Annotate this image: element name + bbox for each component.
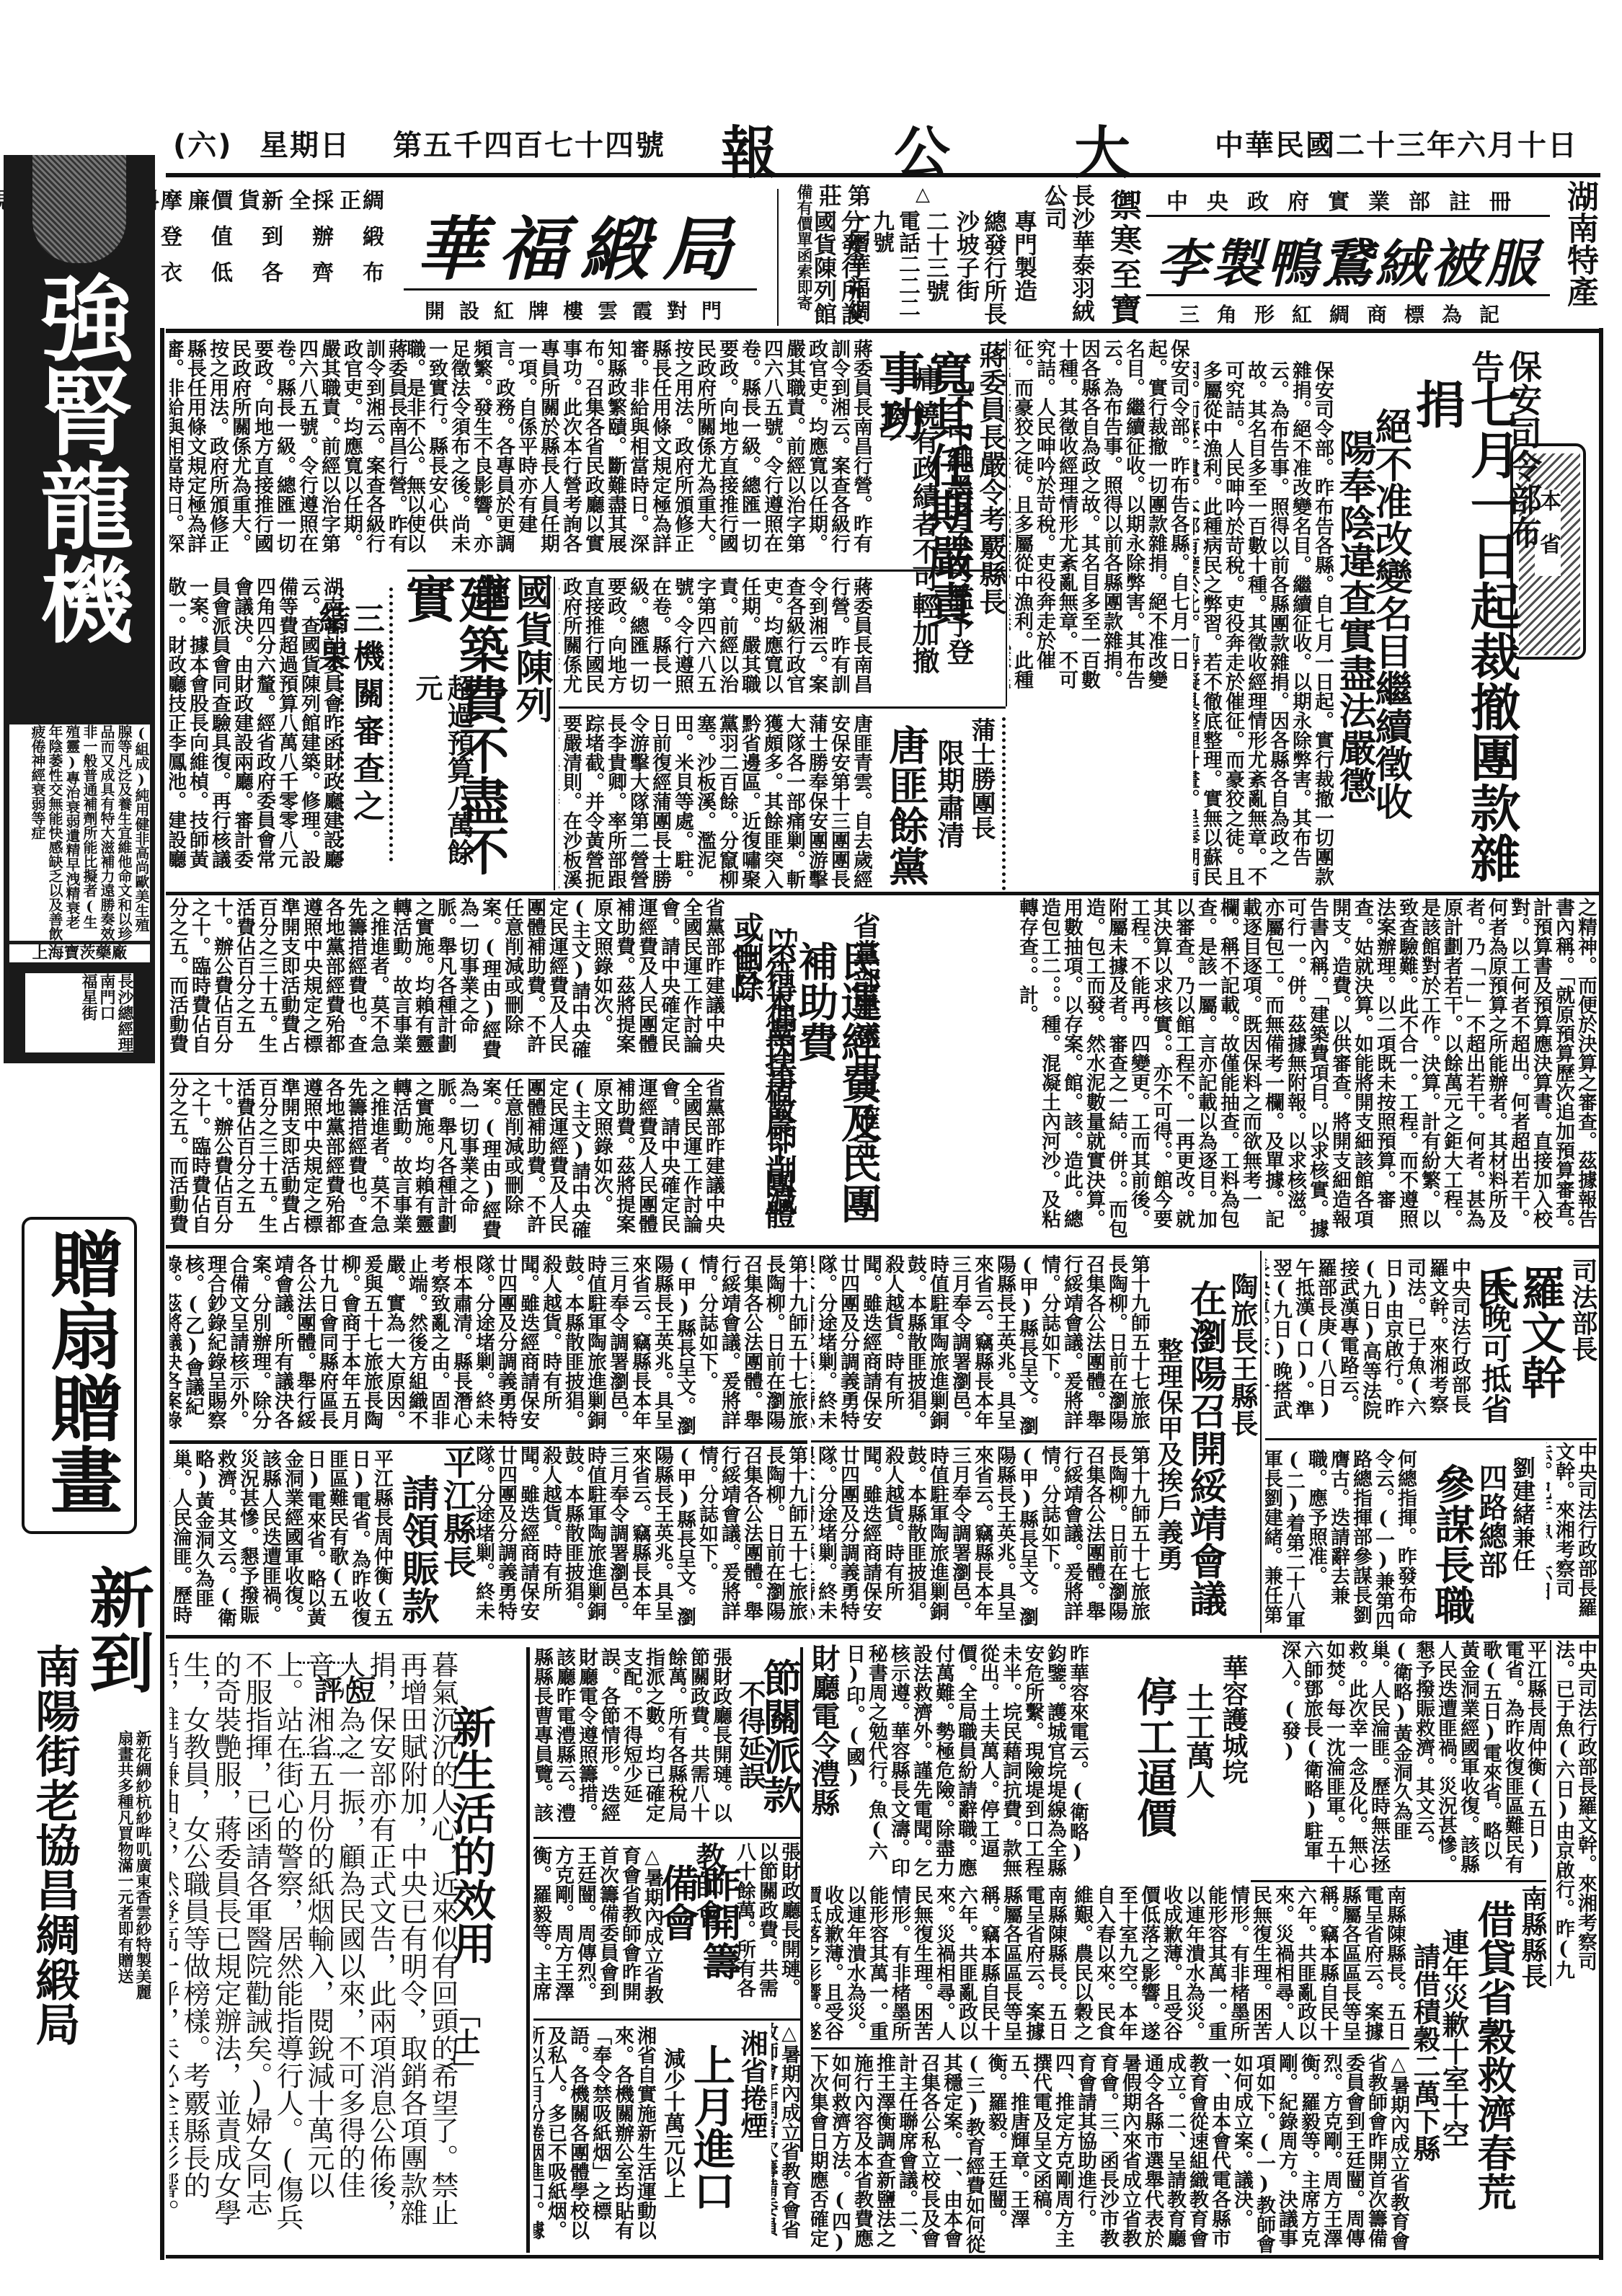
section-rule bbox=[811, 1440, 1150, 1442]
article-headline: 唐匪餘黨 bbox=[883, 724, 928, 890]
article-headline: 借貸省穀救濟春荒 bbox=[1473, 1900, 1515, 2217]
ad-huafu: 華福緞局 開設紅牌樓雲霞對門 bbox=[389, 187, 771, 328]
row-rule bbox=[166, 1245, 1600, 1249]
article-tao: 陶旅長王縣長 在瀏陽召開綏靖會議 整理保甲及挨戶義勇 bbox=[1153, 1251, 1258, 1633]
ad-huatai-line: 總發行所長沙坡子街 bbox=[953, 184, 1008, 328]
article-body: 張財政廳長開璉。以節關政費。共需八十餘萬。所有各縣稅局指派之數。均已確定支配。不… bbox=[735, 1842, 800, 2015]
article-subheadline: 限期肅清 bbox=[934, 739, 964, 883]
ad-hunan-rule-bottom bbox=[1146, 294, 1550, 296]
ad-left-dealer: 長沙總經理 bbox=[115, 973, 133, 1052]
column-rule bbox=[1260, 1251, 1262, 1633]
ad-hunan-slogan: 禦寒至寶 bbox=[1103, 189, 1142, 329]
article-subheadline: 四路總部 bbox=[1475, 1463, 1507, 1608]
ad-hunan-side-title: 湖南特產 bbox=[1559, 180, 1600, 324]
article-nanxian-body: 南縣陳縣長。五日電呈省府云。案據縣屬各區區長等呈稱。竊本縣自民十六年。共匪亂政以… bbox=[1071, 1885, 1406, 2044]
masthead-weekday: 星期日 bbox=[260, 123, 350, 164]
page-left-border bbox=[160, 328, 164, 2260]
section-rule bbox=[1265, 1438, 1597, 1440]
ad-huatai-line: 專門製造 bbox=[1011, 184, 1038, 328]
section-rule bbox=[811, 2047, 1409, 2049]
section-rule bbox=[169, 1440, 807, 1444]
article-pingjiang: 平江縣長 請領賑款 bbox=[396, 1445, 476, 1633]
article-chiang-body-left: 蔣委員長南昌行營。昨有訓令到湘云。案查各級行政官吏。均應寬以任期。嚴其職責。前經… bbox=[169, 339, 407, 569]
ad-divider bbox=[777, 189, 779, 326]
article-kicker: 陶旅長王縣長 bbox=[1226, 1272, 1258, 1546]
column-rule bbox=[526, 1647, 530, 2253]
ad-huafu-slogan: 價值低廉 bbox=[185, 189, 231, 326]
section-rule bbox=[169, 1073, 724, 1075]
article-body: 中央司法行政部長羅文幹。來湘考察司法。已于魚(六日)由京啟行。昨(九日)高等法院… bbox=[1265, 1258, 1471, 1431]
article-budget-tail: 中央司法行政部長羅文幹。來湘考察司法。已于魚(六日)由京啟行。昨(九日)高等法院… bbox=[1554, 1640, 1597, 1986]
ad-left-new-arrivals: 新到 新花綢紗杭紗哔叽廣東香雲紗特製美麗扇畫共多種凡買物滿一元者即有贈送 南陽街… bbox=[14, 1543, 159, 2242]
ad-hunan-specialty: 湖南特產 中央政府實業部註冊 李製鴨鵞絨被服 三角形紅綢商標為記 bbox=[1146, 180, 1600, 328]
article-subheadline: 不得延誤 bbox=[735, 1680, 764, 1809]
article-minyun-body-2: 省黨部昨建議中央全國民運工作討論會。請中央確定民運經費及人民團體補助費。茲將提案… bbox=[169, 1078, 724, 1244]
ad-hunan-main-text: 李製鴨鵞絨被服 bbox=[1146, 222, 1550, 297]
ad-huafu-slogans: 綢緞布正 採辦齊全 新到各貨 價值低廉 摩登衣料 花色新鮮 款迎惠顧 并參盼觀 bbox=[166, 189, 382, 326]
article-sanjiguan-body-main: 湖南審計委員會昨函財政廳建設廳云。查國貨陳列館建築。修理。設備等費超過預算八萬八… bbox=[169, 577, 342, 887]
article-subheadline: 土工萬人 bbox=[1182, 1683, 1214, 1842]
article-subheadline: 以符本黨扶植農工團體之旨」 bbox=[728, 926, 794, 1244]
article-subheadline: 陽奉陰違查實盡法嚴懲 bbox=[1334, 429, 1374, 861]
ad-left-dealers: 長沙總經理 南門口 福星街 bbox=[25, 973, 133, 1052]
row-rule bbox=[166, 892, 1600, 895]
article-jiaoshi-body: △暑期內成立省教育會省教師會昨開首次籌備委員會到王廷闓。周傳烈。方克剛。周方王澤… bbox=[811, 2053, 1409, 2255]
article-kicker: 劉建緒兼任 bbox=[1510, 1456, 1535, 1622]
ad-left-fan-painting: 贈扇贈畫 bbox=[22, 1217, 137, 1534]
article-kicker: 華容護城垸 bbox=[1218, 1654, 1247, 1842]
article-headline: 七月一日起裁撤團款雜捐 bbox=[1409, 378, 1519, 883]
ad-left-copy: (組成)純用健非高尚歐美生殖腺等凡泛及養生宜維他命文和以珍品而又成具有特大滋補力… bbox=[9, 724, 150, 941]
masthead-rule bbox=[166, 173, 1600, 177]
article-headline: 民運經費及民團補助費 bbox=[793, 941, 879, 1244]
article-tao-body: 第十九師五十七旅旅長陶柳。日前在瀏陽召集各公法團體。舉行綏靖會議。爰將詳情。分誌… bbox=[811, 1254, 1150, 1438]
article-headline: 請領賑款 bbox=[396, 1474, 437, 1633]
ad-huafu-rule bbox=[404, 288, 757, 291]
article-subheadline: 本晚可抵省 bbox=[1477, 1272, 1512, 1431]
page-right-border bbox=[1599, 328, 1603, 2260]
ad-left-new-copy: 新花綢紗杭紗哔叽廣東香雲紗特製美麗扇畫共多種凡買物滿一元者即有贈送 bbox=[83, 1730, 151, 2004]
article-duanping: 短評 新生活的效用 「土」 暮氣沉沉的人心，近來似有回頭的希望了。禁止再增田賦附… bbox=[169, 1640, 523, 2253]
article-subheadline: 連年災歉十室十空 bbox=[1438, 1928, 1468, 2217]
ad-huafu-side-line: 備有價單函索即寄 bbox=[793, 184, 813, 328]
article-subheadline: 請借積穀二萬下縣 bbox=[1409, 1943, 1440, 2217]
article-body: 保安司令部。昨布告各縣。自七月一日起。實行裁撤一切團款雜捐。絕不准改變名目。繼續… bbox=[1193, 360, 1334, 887]
article-tao-body-2: 第十九師五十七旅旅長陶柳。日前在瀏陽召集各公法團體。舉行綏靖會議。爰將詳情。分誌… bbox=[811, 1445, 1150, 1633]
ad-huafu-slogan: 新到各貨 bbox=[235, 189, 281, 326]
article-body: 何總指揮。昨發布命令云。(一)兼第四路總指揮部參謀長劉膺古。迭請辭去兼職。應予照… bbox=[1265, 1449, 1417, 1633]
article-baoan-continued: 保安司令部。昨布告各縣。自七月一日起。實行裁撤一切團款雜捐。絕不准改變名目。繼續… bbox=[1009, 339, 1189, 699]
article-headline: 在瀏陽召開綏靖會議 bbox=[1184, 1280, 1225, 1626]
ad-huatai-line: 電話二二二九號 bbox=[868, 184, 920, 328]
portrait-image bbox=[32, 155, 126, 263]
masthead-issue-number: 第五千四百七十四號 bbox=[393, 123, 665, 164]
masthead-date: 中華民國二十三年六月十日 bbox=[1215, 123, 1578, 164]
article-minyun: 省黨部建議中央確定 民運經費及民團補助費 bbox=[793, 897, 879, 1244]
article-pingjiang-body: 平江縣長周仲衡(五日)電省。為昨收復匪區難民有歌(五日)電來省。略以黃金洞業經國… bbox=[169, 1449, 393, 1633]
article-jieguan: 節關派款 不得延誤 bbox=[735, 1644, 800, 1831]
article-minyun-body: 省黨部昨建議中央全國民運工作討論會。請中央確定民運經費及人民團體補助費。茲將提案… bbox=[169, 897, 724, 1071]
article-tang-body: 唐匪青雲。自去歲經安保安第十三團團長蒲士勝奉保安團游擊大隊各一部痛剿。斬獲頗多。… bbox=[559, 714, 872, 890]
article-body: △暑期內成立省教育會省教師會昨開首次籌備委員會到王廷闓。周傳烈。方克剛。周方王澤… bbox=[771, 2022, 800, 2253]
article-chiang-body-2: 蔣委員長南昌行營。昨有訓令到湘云。案查各級行政官吏。均應寬以任期。嚴其職責。前經… bbox=[559, 577, 872, 699]
row-rule bbox=[166, 1635, 1600, 1639]
article-luo: 司法部長 羅文幹氏 本晚可抵省 中央司法行政部長羅文幹。來湘考察司法。已于魚(六… bbox=[1265, 1251, 1597, 1431]
section-rule bbox=[533, 2018, 800, 2021]
article-kicker: 南縣縣長 bbox=[1517, 1885, 1546, 2065]
ad-left-dealer: 福星街 bbox=[79, 973, 97, 1052]
article-subheadline: 整理保甲及挨戶義勇 bbox=[1153, 1337, 1182, 1597]
article-chiang-body: 蔣委員長南昌行營。昨有訓令到湘云。案查各級行政官吏。均應寬以任期。嚴其職責。前經… bbox=[407, 339, 872, 569]
ad-left-shengzhiling: 強腎龍機 (組成)純用健非高尚歐美生殖腺等凡泛及養生宜維他命文和以珍品而又成具有… bbox=[4, 155, 155, 1063]
article-headline: 停工逼價 bbox=[1132, 1676, 1175, 1863]
article-kicker: 湘省捲煙 bbox=[737, 2029, 767, 2159]
article-headline: 昨開籌備會 bbox=[656, 1863, 740, 2015]
article-tang: 蒲士勝團長 限期肅清 唐匪餘黨 bbox=[876, 710, 1006, 890]
article-nanxian: 南縣縣長 借貸省穀救濟春荒 連年災歉十室十空 請借積穀二萬下縣 bbox=[1409, 1885, 1546, 2246]
article-jinkou-body: 湘省自實施新生活運動以來。各機關辦公室均貼有「奉令禁吸紙烟」之標語。各機關各團體… bbox=[533, 2026, 656, 2249]
article-guohuo: 國貨陳列館 建築費不盡不實 超過預算八萬餘元 bbox=[411, 573, 551, 890]
article-subheadline: 超過預算八萬餘元 bbox=[411, 674, 474, 883]
dotted-rule bbox=[389, 588, 393, 861]
masthead: (六) 星期日 第五千四百七十四號 報 公 大 中華民國二十三年六月十日 bbox=[166, 108, 1600, 177]
article-pingjiang-cont: 平江縣長周仲衡(五日)電省。為昨收復匪區難民有歌(五日)電來省。略以黃金洞業經國… bbox=[1251, 1640, 1546, 1874]
article-chiang: 蔣委員長嚴令考覈縣長 寬其任期嚴責事功 「不中繩墨者不可濫予登庸 饒有政績者不可… bbox=[876, 335, 1006, 706]
ad-left-title: 強腎龍機 bbox=[25, 270, 133, 703]
ad-left-dealer: 南門口 bbox=[97, 973, 115, 1052]
section-rule bbox=[407, 569, 1006, 572]
ad-left-new-title: 新到 bbox=[79, 1564, 151, 1723]
article-tao-body-3: 第十九師五十七旅旅長陶柳。日前在瀏陽召集各公法團體。舉行綏靖會議。爰將詳情。分誌… bbox=[169, 1254, 807, 1438]
ad-huafu-side: 第一層華福綢莊 備有價單函索即寄 bbox=[793, 184, 872, 328]
ad-huafu-slogan: 採辦齊全 bbox=[285, 189, 332, 326]
column-rule bbox=[554, 577, 555, 890]
article-headline: 上月進口 bbox=[688, 2044, 733, 2253]
ad-left-fan-title: 贈扇贈畫 bbox=[33, 1227, 127, 1530]
article-budget-body: 之精神。而便於決算之審查。茲據報告書內稱。「就原預算歷次追加預算審查。計預算書及… bbox=[876, 897, 1597, 1244]
article-huarong: 華容護城垸 土工萬人 停工逼價 bbox=[1092, 1640, 1247, 1878]
article-kicker: 蒲士勝團長 bbox=[967, 717, 996, 890]
article-baoan: 本省 保安司令部布告 七月一日起裁撤團款雜捐 絕不准改變名目繼續徵收 陽奉陰違查… bbox=[1193, 335, 1597, 890]
article-nanxian-body-2: 南縣陳縣長。五日電呈省府云。案據縣屬各區區長等呈稱。竊本縣自民十六年。共匪亂政以… bbox=[811, 1885, 1067, 2044]
article-jieguan-body: 張財政廳長開璉。以節關政費。共需八十餘萬。所有各縣稅局指派之數。均已確定支配。不… bbox=[533, 1647, 732, 1831]
article-jinkou-sub: 減少十萬元以上 bbox=[660, 2047, 684, 2220]
article-subheadline: 饒有政績者不可輕加撤換」 bbox=[876, 400, 939, 703]
ad-huatai-line: 長沙華泰羽絨公司 bbox=[1041, 184, 1096, 328]
ad-hunan-top-line: 中央政府實業部註冊 bbox=[1146, 184, 1550, 216]
ad-left-new-shop: 南陽街老協昌綢緞局 bbox=[29, 1644, 79, 2235]
article-body: 暮氣沉沉的人心，近來似有回頭的希望了。禁止再增田賦附加，中央已有明令，取銷各項團… bbox=[169, 1651, 458, 2242]
article-kicker: 平江縣長 bbox=[440, 1445, 476, 1626]
article-kicker: 蔣委員長嚴令考覈縣長 bbox=[975, 341, 1006, 651]
article-minyun-subs: 「不得偶因事故即削減或刪除 以符本黨扶植農工團體之旨」 bbox=[728, 897, 797, 1244]
section-rule bbox=[1251, 1880, 1546, 1882]
dotted-rule bbox=[1002, 717, 1006, 890]
ad-huatai-info: △ △ 長沙華泰羽絨公司 專門製造 總發行所長沙坡子街 二十三號 電話二二二九號… bbox=[887, 184, 1096, 328]
page-bottom-rule bbox=[166, 2255, 1600, 2259]
ad-huafu-name: 華福緞局 bbox=[389, 195, 771, 293]
column-rule bbox=[1550, 1640, 1551, 1986]
article-subheadline: 絕不准改變名目繼續徵收 bbox=[1370, 407, 1410, 840]
ad-hunan-bottom-line: 三角形紅綢商標為記 bbox=[1146, 299, 1550, 328]
article-liu: 中央司法行政部長羅文幹。來湘考察司法。已于魚(六日)由京啟行。昨(九日)高等法院… bbox=[1265, 1442, 1597, 1633]
ad-huafu-slogan: 綢緞布正 bbox=[336, 189, 382, 326]
article-caiting-headline: 財廳電令澧縣 bbox=[807, 1644, 839, 1874]
ad-hunan-rule-top bbox=[1146, 215, 1550, 217]
article-jiaoshi: 張財政廳長開璉。以節關政費。共需八十餘萬。所有各縣稅局指派之數。均已確定支配。不… bbox=[663, 1842, 800, 2015]
article-jinkou: △暑期內成立省教育會省教師會昨開首次籌備委員會到王廷闓。周傳烈。方克剛。周方王澤… bbox=[688, 2022, 800, 2253]
ad-huafu-side-line: 第一層華福綢莊 bbox=[815, 184, 872, 328]
ad-left-maker: 上海寶茨藥廠 bbox=[9, 944, 150, 962]
article-jiaoshi-body-left: △暑期內成立省教育會省教師會昨開首次籌備委員會到王廷闓。周傳烈。方克剛。周方王澤… bbox=[533, 1845, 663, 2015]
section-rule bbox=[533, 1837, 800, 1839]
article-kicker: 司法部長 bbox=[1568, 1258, 1597, 1424]
section-rule bbox=[559, 706, 1006, 709]
ad-band-bottom-rule bbox=[166, 329, 1600, 333]
article-tao-body-4: 第十九師五十七旅旅長陶柳。日前在瀏陽召集各公法團體。舉行綏靖會議。爰將詳情。分誌… bbox=[476, 1445, 807, 1633]
article-headline: 參謀長職 bbox=[1430, 1463, 1473, 1629]
article-body: 中央司法行政部長羅文幹。來湘考察司法。已于魚(六日)由京啟行。昨(九日)高等法院… bbox=[1546, 1442, 1597, 1633]
ad-huatai-line: 二十三號 bbox=[923, 184, 950, 328]
masthead-page-number: (六) bbox=[173, 123, 233, 164]
article-huarong-body: 昨華容來電云。(衛略)鈞鑒。護城官垸堤線為全縣安危所繫。現險堤到口工程未半。垸民… bbox=[836, 1644, 1089, 1878]
ad-huafu-address: 開設紅牌樓雲霞對門 bbox=[389, 296, 771, 324]
